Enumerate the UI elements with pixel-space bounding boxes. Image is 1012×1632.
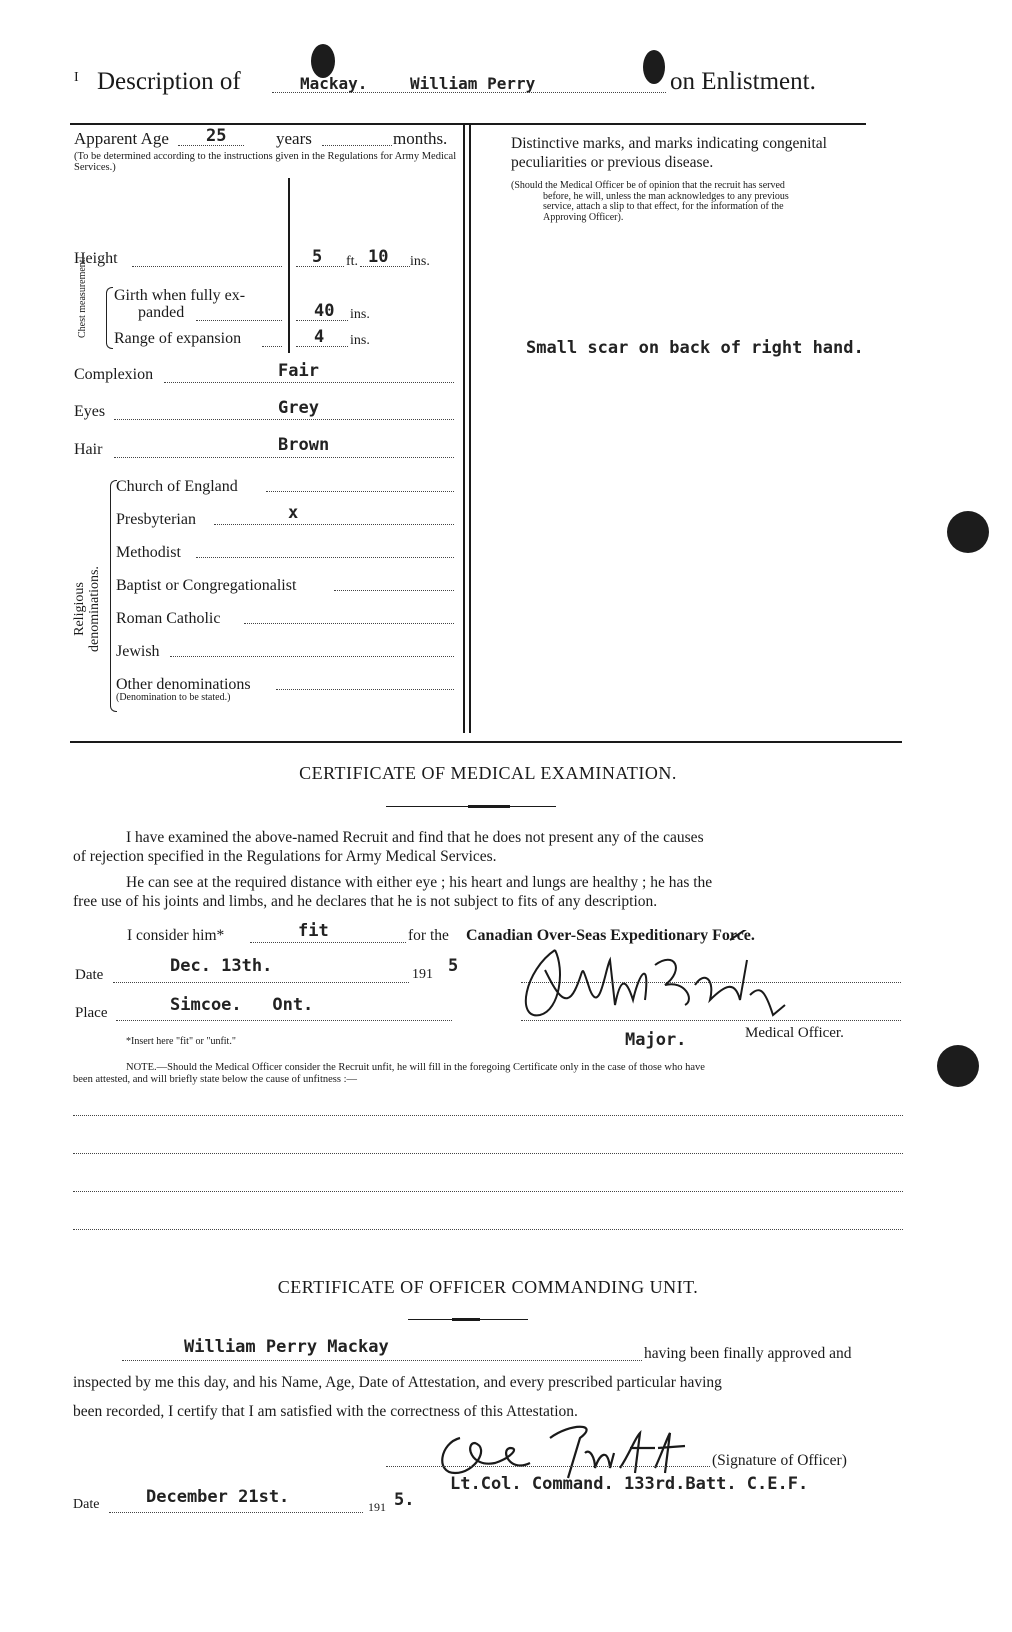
place-dots [116,1020,452,1021]
punch-hole-upper [947,511,989,553]
girth-ins-label: ins. [350,307,370,323]
eyes-dots [114,419,454,420]
years-label: years [276,129,312,149]
place-label: Place [75,1005,107,1022]
religion-dots [334,590,454,591]
religion-item: Roman Catholic [116,608,454,641]
girth-label-1: Girth when fully ex- [114,287,245,305]
medical-para-2: He can see at the required distance with… [73,873,903,911]
chest-group-label: Chest measurement. [78,257,88,338]
distinctive-marks-heading: Distinctive marks, and marks indicating … [511,134,827,172]
column-divider-right [469,125,471,733]
co-signature-dots [386,1466,710,1467]
religion-dots [276,689,454,690]
religion-label: Other denominations [116,676,251,693]
recruit-surname: Mackay. [300,74,367,93]
unfitness-line-4 [73,1229,903,1230]
note-line: Approving Officer). [511,213,906,224]
religion-label: Methodist [116,544,181,561]
ink-blot-2 [643,50,665,84]
measurement-divider [288,178,290,353]
top-rule [70,123,866,125]
medical-officer-rank: Major. [625,1030,686,1050]
apparent-age-label: Apparent Age [74,129,169,149]
para-line: I have examined the above-named Recruit … [73,828,903,847]
for-label: for the [408,927,449,945]
medical-year-suffix: 5 [448,956,458,976]
religion-label: Jewish [116,643,160,660]
header-prefix: Description of [97,68,241,96]
ink-blot-1 [311,44,335,78]
inspected-text: inspected by me this day, and his Name, … [73,1374,722,1392]
religion-item: Church of England [116,476,454,509]
distinctive-marks-note: (Should the Medical Officer be of opinio… [511,181,906,223]
hair-label: Hair [74,441,102,459]
religion-dots [196,557,454,558]
insert-note: *Insert here "fit" or "unfit." [126,1036,236,1047]
religion-label: Baptist or Congregationalist [116,577,296,594]
unfitness-line-3 [73,1191,903,1192]
other-denomination-note: (Denomination to be stated.) [116,692,454,703]
medical-officer-label: Medical Officer. [745,1025,844,1042]
range-label: Range of expansion [114,330,241,348]
title-underline-thick [468,805,510,808]
recruit-name-dots [122,1360,642,1361]
religion-label: Roman Catholic [116,610,220,627]
ft-label: ft. [346,254,358,270]
age-note: (To be determined according to the instr… [74,151,462,173]
co-year-suffix: 5. [394,1490,414,1510]
medical-officer-signature [515,930,815,1030]
religion-group-label: Religious denominations. [72,566,102,652]
religion-dots [170,656,454,657]
girth-label-2: panded [138,304,184,322]
fitness-dots [250,942,406,943]
hair-dots [114,457,454,458]
months-dots [322,145,392,146]
signature-of-officer-label: (Signature of Officer) [712,1452,847,1470]
title-underline-thick [452,1318,480,1321]
religion-label: Church of England [116,478,238,495]
note-line: been attested, and will briefly state be… [73,1074,913,1086]
height-in-value: 10 [368,247,388,267]
complexion-value: Fair [278,361,319,381]
para-line: free use of his joints and limbs, and he… [73,892,903,911]
range-value: 4 [314,327,324,347]
note-line: NOTE.—Should the Medical Officer conside… [73,1062,913,1074]
consider-label: I consider him* [127,927,224,945]
months-label: months. [393,129,447,149]
para-line: He can see at the required distance with… [73,873,903,892]
section-rule [70,741,902,743]
fitness-value: fit [298,921,329,941]
place-value: Simcoe. Ont. [170,995,313,1015]
medical-date-dots [113,982,409,983]
eyes-label: Eyes [74,403,105,421]
religion-group-label-line1: Religious [72,566,87,652]
religion-label: Presbyterian [116,511,196,528]
medical-date-value: Dec. 13th. [170,956,272,976]
approved-text: having been finally approved and [644,1345,851,1363]
religion-group-label-line2: denominations. [87,566,102,652]
medical-para-1: I have examined the above-named Recruit … [73,828,903,866]
co-date-dots [109,1512,363,1513]
religion-item: Presbyterian x [116,509,454,542]
co-date-label: Date [73,1497,99,1513]
commanding-certificate-title: CERTIFICATE OF OFFICER COMMANDING UNIT. [0,1277,976,1298]
religion-dots [244,623,454,624]
girth-label-dots [196,320,282,321]
distinctive-marks-heading-line1: Distinctive marks, and marks indicating … [511,134,827,153]
medical-certificate-title: CERTIFICATE OF MEDICAL EXAMINATION. [0,763,976,784]
unfit-note: NOTE.—Should the Medical Officer conside… [73,1062,913,1086]
column-divider-left [463,125,465,733]
apparent-age-value: 25 [206,126,226,146]
medical-year-prefix: 191 [412,967,433,983]
religion-dots [214,524,454,525]
religion-mark-presbyterian: x [288,503,298,523]
chest-brace [106,287,113,349]
unfitness-line-1 [73,1115,903,1116]
range-ins-label: ins. [350,333,370,349]
co-recruit-name: William Perry Mackay [184,1337,389,1357]
ins-label: ins. [410,254,430,270]
para-line: of rejection specified in the Regulation… [73,847,903,866]
height-dots [132,266,282,267]
note-line: service, attach a slip to that effect, f… [511,202,906,213]
hair-value: Brown [278,435,329,455]
distinctive-marks-heading-line2: peculiarities or previous disease. [511,153,827,172]
distinctive-marks-value: Small scar on back of right hand. [526,338,864,358]
girth-value: 40 [314,301,334,321]
range-label-dots [262,346,282,347]
note-line: (Should the Medical Officer be of opinio… [511,181,906,192]
co-officer-title: Lt.Col. Command. 133rd.Batt. C.E.F. [450,1474,808,1494]
unfitness-line-2 [73,1153,903,1154]
eyes-value: Grey [278,398,319,418]
complexion-dots [164,382,454,383]
co-date-value: December 21st. [146,1487,289,1507]
religion-dots [266,491,454,492]
religion-list: Church of England Presbyterian x Methodi… [116,476,454,703]
religion-item: Other denominations [116,674,454,692]
medical-date-label: Date [75,967,103,984]
religion-item: Baptist or Congregationalist [116,575,454,608]
religion-item: Methodist [116,542,454,575]
punch-hole-lower [937,1045,979,1087]
height-ft-value: 5 [312,247,322,267]
header-suffix: on Enlistment. [670,68,816,96]
page-marker: I [74,70,79,86]
recruit-given-names: William Perry [410,74,535,93]
religion-item: Jewish [116,641,454,674]
co-year-prefix: 191 [368,1500,386,1515]
complexion-label: Complexion [74,366,153,384]
